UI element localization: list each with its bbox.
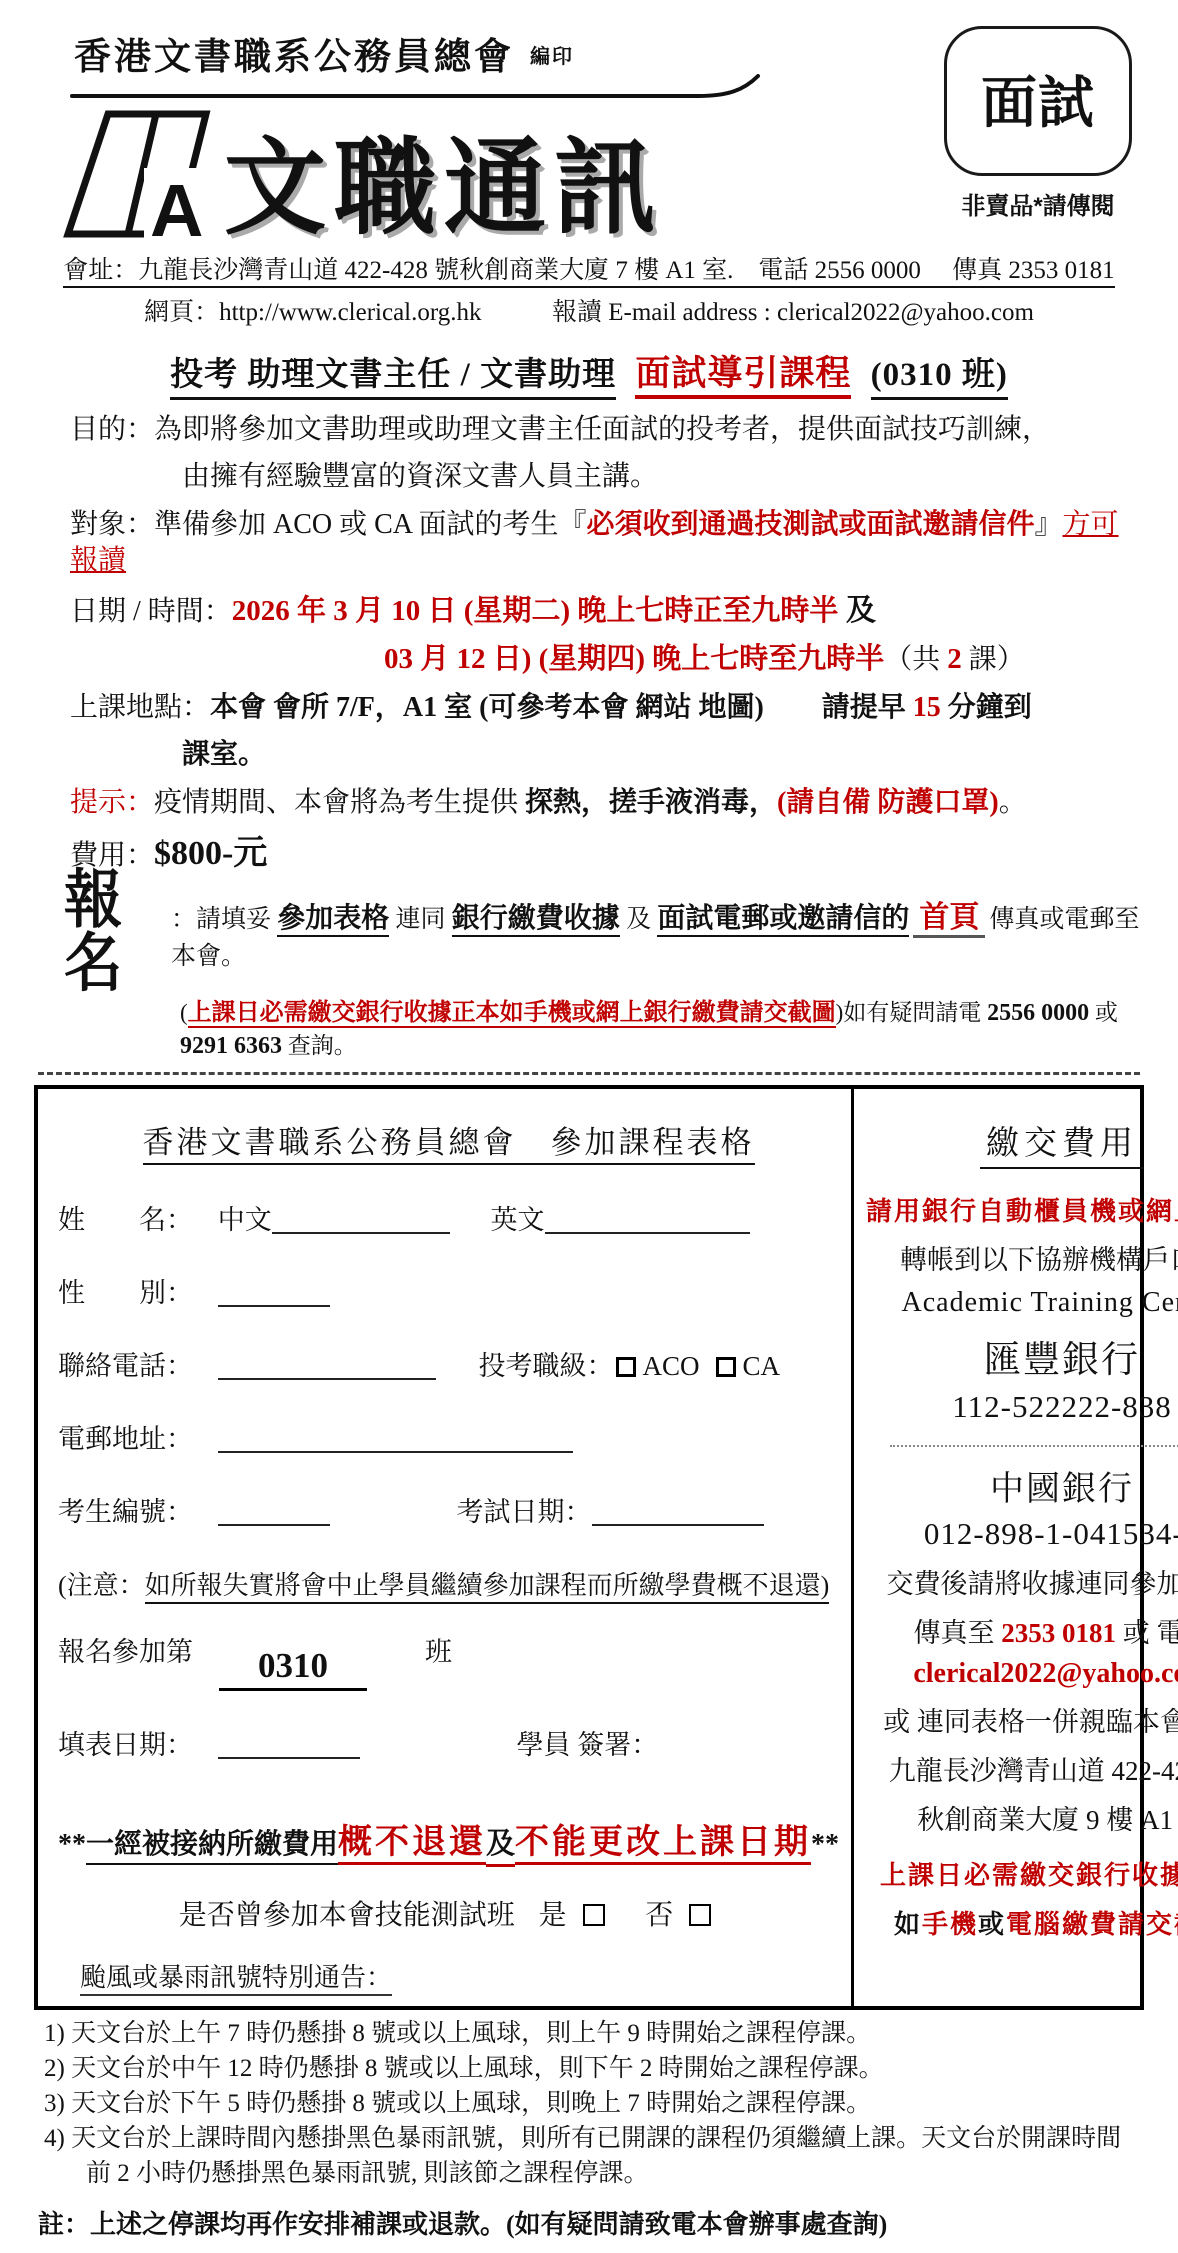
course-title-black: 投考 助理文書主任 / 文書助理 bbox=[170, 357, 616, 400]
bank-boc: 中國銀行 bbox=[866, 1461, 1178, 1510]
gender-field[interactable] bbox=[218, 1281, 330, 1307]
yes-checkbox[interactable] bbox=[583, 1904, 605, 1926]
org-name: 香港文書職系公務員總會 bbox=[74, 36, 514, 77]
gender-label: 性 別： bbox=[58, 1278, 193, 1308]
ca-checkbox[interactable] bbox=[716, 1357, 736, 1377]
notice-row: (注意：如所報失實將會中止學員繼續參加課程而所繳學費概不退還) bbox=[58, 1565, 839, 1602]
exam-date-label: 考試日期： bbox=[457, 1497, 592, 1527]
notice-open: (注意： bbox=[58, 1571, 145, 1600]
refund-red-1: 概不退還 bbox=[338, 1824, 486, 1865]
exam-date-field[interactable] bbox=[592, 1500, 764, 1526]
venue-label: 上課地點： bbox=[70, 692, 210, 723]
tip-mask-note: (請自備 防護口罩) bbox=[777, 787, 999, 818]
office-address-2: 秋創商業大廈 9 樓 A1 室 bbox=[866, 1798, 1178, 1837]
newsletter-masthead: 文職通訊 bbox=[224, 133, 664, 243]
note-tail: 查詢。 bbox=[282, 1033, 357, 1058]
email-field[interactable] bbox=[218, 1427, 573, 1453]
lesson-count-post: 課） bbox=[962, 644, 1025, 675]
weather-note-1: 1) 天文台於上午 7 時仍懸掛 8 號或以上風球，則上午 9 時開始之課程停課… bbox=[34, 2018, 1144, 2050]
form-left-column: 香港文書職系公務員總會 參加課程表格 姓 名： 中文 英文 性 別： 聯絡電話：… bbox=[38, 1089, 851, 2006]
tip-label: 提示： bbox=[70, 787, 154, 818]
mix-black-2: 或 bbox=[978, 1910, 1006, 1939]
typhoon-title-row: 颱風或暴雨訊號特別通告： bbox=[58, 1957, 839, 1994]
weather-notes: 1) 天文台於上午 7 時仍懸掛 8 號或以上風球，則上午 9 時開始之課程停課… bbox=[34, 2018, 1144, 2241]
screenshot-note: 如手機或電腦繳費請交截圖 bbox=[866, 1904, 1178, 1941]
fax-line: 傳真至 2353 0181 或 電郵 bbox=[866, 1611, 1178, 1650]
address-line: 會址：九龍長沙灣青山道 422-428 號秋創商業大廈 7 樓 A1 室. 電話… bbox=[63, 257, 1114, 288]
enroll-form-ref: 參加表格 bbox=[277, 903, 389, 937]
venue-line-2: 課室。 bbox=[182, 739, 266, 770]
english-name-field[interactable] bbox=[545, 1208, 750, 1234]
svg-text:A: A bbox=[150, 169, 203, 242]
enrollment-form-box: 香港文書職系公務員總會 參加課程表格 姓 名： 中文 英文 性 別： 聯絡電話：… bbox=[34, 1085, 1144, 2010]
tip-text: 疫情期間、本會將為考生提供 bbox=[154, 787, 525, 818]
tip-end: 。 bbox=[999, 787, 1027, 818]
target-label: 對象： bbox=[70, 509, 154, 540]
date-2: 03 月 12 日) (星期四) 晚上七時至九時半 bbox=[384, 643, 884, 675]
hsbc-account-number: 112-522222-838 bbox=[866, 1389, 1178, 1425]
weather-note-2: 2) 天文台於中午 12 時仍懸掛 8 號或以上風球，則下午 2 時開始之課程停… bbox=[34, 2053, 1144, 2085]
enroll-receipt-ref: 銀行繳費收據 bbox=[452, 903, 620, 937]
date-1: 2026 年 3 月 10 日 (星期二) 晚上七時正至九時半 bbox=[232, 595, 839, 627]
aco-label: ACO bbox=[643, 1351, 700, 1381]
address-block: 會址：九龍長沙灣青山道 422-428 號秋創商業大廈 7 樓 A1 室. 電話… bbox=[34, 250, 1144, 328]
fill-date-label: 填表日期： bbox=[58, 1730, 193, 1760]
early-note-post: 分鐘到 bbox=[941, 692, 1032, 723]
stars-right: ** bbox=[811, 1829, 839, 1860]
enroll-first-page: 首頁 bbox=[913, 901, 985, 938]
receipt-original-note: 上課日必需繳交銀行收據正本 bbox=[866, 1855, 1178, 1892]
weather-note-4-cont: 前 2 小時仍懸掛黑色暴雨訊號, 則該節之課程停課。 bbox=[34, 2158, 1144, 2190]
candidate-no-field[interactable] bbox=[218, 1500, 330, 1526]
weather-note-3: 3) 天文台於下午 5 時仍懸掛 8 號或以上風球，則晚上 7 時開始之課程停課… bbox=[34, 2088, 1144, 2120]
payment-column: 繳交費用 請用銀行自動櫃員機或網上銀行 轉帳到以下協辦機構戶口： Academi… bbox=[851, 1089, 1178, 2006]
divider bbox=[890, 1445, 1178, 1447]
email-address-line: 報讀 E-mail address : clerical2022@yahoo.c… bbox=[552, 299, 1034, 326]
website-url: 網頁：http://www.clerical.org.hk bbox=[144, 299, 481, 326]
badge-note: 非賣品*請傳閱 bbox=[944, 186, 1132, 221]
final-note-label: 註： bbox=[38, 2210, 90, 2239]
edit-label: 編印 bbox=[530, 46, 574, 68]
candidate-row: 考生編號： 考試日期： bbox=[58, 1490, 839, 1529]
phone-2: 9291 6363 bbox=[180, 1033, 282, 1059]
form-title: 香港文書職系公務員總會 參加課程表格 bbox=[58, 1117, 839, 1162]
office-address-1: 九龍長沙灣青山道 422-428 號 bbox=[866, 1749, 1178, 1788]
payment-email: clerical2022@yahoo.com bbox=[866, 1658, 1178, 1690]
enroll-note: (上課日必需繳交銀行收據正本如手機或網上銀行繳費請交截圖)如有疑問請電 2556… bbox=[34, 992, 1144, 1060]
grade-label: 投考職級： bbox=[479, 1351, 614, 1381]
enroll-text-1: 請填妥 bbox=[196, 906, 277, 933]
class-post-label: 班 bbox=[425, 1637, 452, 1667]
fax-number: 2353 0181 bbox=[1001, 1618, 1116, 1648]
enroll-text-2: 連同 bbox=[389, 906, 452, 933]
course-title: 投考 助理文書主任 / 文書助理 面試導引課程 (0310 班) bbox=[34, 346, 1144, 396]
transfer-note: 轉帳到以下協辦機構戶口： bbox=[866, 1238, 1178, 1277]
no-checkbox[interactable] bbox=[689, 1904, 711, 1926]
final-note: 註：上述之停課均再作安排補課或退款。(如有疑問請致電本會辦事處查詢) bbox=[34, 2204, 1144, 2241]
email-row: 電郵地址： bbox=[58, 1417, 839, 1456]
purpose-text-2: 由擁有經驗豐富的資深文書人員主講。 bbox=[182, 461, 658, 492]
payment-method-note: 請用銀行自動櫃員機或網上銀行 bbox=[866, 1191, 1178, 1228]
class-number-field[interactable]: 0310 bbox=[219, 1646, 367, 1691]
early-note-pre: 請提早 bbox=[822, 692, 913, 723]
purpose-text-1: 為即將參加文書助理或助理文書主任面試的投考者，提供面試技巧訓練， bbox=[154, 414, 1050, 445]
note-open: ( bbox=[180, 1000, 188, 1025]
enroll-text-3: 及 bbox=[620, 906, 658, 933]
ca-label: CA bbox=[743, 1351, 781, 1381]
english-name-label: 英文 bbox=[491, 1205, 545, 1235]
fax-post: 或 電郵 bbox=[1116, 1618, 1178, 1648]
tip-measures: 探熱，搓手液消毒， bbox=[525, 787, 777, 818]
mix-black-1: 如 bbox=[894, 1910, 922, 1939]
badge-area: 面試 非賣品*請傳閱 bbox=[944, 26, 1132, 221]
yes-label: 是 bbox=[539, 1899, 567, 1930]
visit-note: 或 連同表格一併親臨本會繳交 bbox=[866, 1700, 1178, 1739]
enroll-invite-ref: 面試電郵或邀請信的 bbox=[657, 903, 909, 937]
aco-checkbox[interactable] bbox=[616, 1357, 636, 1377]
refund-red-2: 不能更改上課日期 bbox=[515, 1824, 811, 1865]
mix-red-2: 電腦繳費請交截圖 bbox=[1006, 1910, 1178, 1939]
intro-section: 目的：為即將參加文書助理或助理文書主任面試的投考者，提供面試技巧訓練， 由擁有經… bbox=[34, 412, 1144, 1060]
fee-value: $800-元 bbox=[154, 835, 267, 872]
enroll-colon: ： bbox=[171, 906, 196, 933]
email-label: 電郵地址： bbox=[58, 1424, 193, 1454]
date-and: 及 bbox=[838, 594, 876, 627]
lesson-count-pre: （共 bbox=[884, 644, 947, 675]
skill-test-row: 是否曾參加本會技能測試班 是 否 bbox=[58, 1893, 839, 1933]
note-or: 或 bbox=[1089, 1000, 1118, 1025]
payee-name: Academic Training Center bbox=[866, 1287, 1178, 1319]
flyer-page: 香港文書職系公務員總會編印 面試 非賣品*請傳閱 A 文職通訊 會址：九龍長沙灣… bbox=[0, 0, 1178, 2253]
refund-warning-row: **一經被接納所繳費用概不退還及不能更改上課日期** bbox=[58, 1814, 839, 1863]
fill-date-field[interactable] bbox=[218, 1733, 360, 1759]
refund-black-text: 一經被接納所繳費用 bbox=[86, 1829, 338, 1865]
final-note-text: 上述之停課均再作安排補課或退款。(如有疑問請致電本會辦事處查詢) bbox=[90, 2210, 887, 2239]
course-title-red: 面試導引課程 bbox=[635, 354, 851, 399]
no-label: 否 bbox=[645, 1899, 673, 1930]
enroll-label: 報名 bbox=[64, 869, 169, 996]
note-text: 如有疑問請電 bbox=[843, 1000, 987, 1025]
purpose-label: 目的： bbox=[70, 414, 154, 445]
phone-row: 聯絡電話： 投考職級：ACOCA bbox=[58, 1344, 839, 1383]
course-title-class: (0310 班) bbox=[871, 357, 1008, 400]
signature-label: 學員 簽署： bbox=[517, 1730, 659, 1760]
phone-1: 2556 0000 bbox=[987, 1000, 1089, 1026]
notice-text: 如所報失實將會中止學員繼續參加課程而所繳學費概不退還) bbox=[145, 1571, 830, 1604]
interview-badge: 面試 bbox=[944, 26, 1132, 176]
target-requirement: 必須收到通過技測試或面試邀請信件 bbox=[587, 509, 1035, 540]
early-minutes: 15 bbox=[913, 692, 941, 723]
class-pre-label: 報名參加第 bbox=[58, 1637, 193, 1667]
enroll-instructions: ：請填妥 參加表格 連同 銀行繳費收據 及 面試電郵或邀請信的首頁傳真或電郵至本… bbox=[171, 892, 1144, 972]
after-pay-note: 交費後請將收據連同參加表格 bbox=[866, 1562, 1178, 1601]
receipt-warning: 上課日必需繳交銀行收據正本如手機或網上銀行繳費請交截圖 bbox=[188, 1000, 836, 1028]
refund-and: 及 bbox=[486, 1828, 515, 1867]
filldate-row: 填表日期： 學員 簽署： bbox=[58, 1723, 839, 1762]
candidate-no-label: 考生編號： bbox=[58, 1497, 193, 1527]
boc-account-number: 012-898-1-041534-3 bbox=[866, 1516, 1178, 1552]
name-row: 姓 名： 中文 英文 bbox=[58, 1198, 839, 1237]
underline-swoosh-icon bbox=[68, 74, 768, 108]
contact-phone-field[interactable] bbox=[218, 1354, 436, 1380]
payment-title: 繳交費用 bbox=[980, 1117, 1144, 1169]
gender-row: 性 別： bbox=[58, 1271, 839, 1310]
contact-phone-label: 聯絡電話： bbox=[58, 1351, 193, 1381]
class-row: 報名參加第0310班 bbox=[58, 1630, 839, 1675]
venue-text: 本會 會所 7/F，A1 室 (可參考本會 網站 地圖) bbox=[210, 692, 764, 723]
enroll-row: 報名 ：請填妥 參加表格 連同 銀行繳費收據 及 面試電郵或邀請信的首頁傳真或電… bbox=[34, 878, 1144, 986]
weather-note-4: 4) 天文台於上課時間內懸掛黑色暴雨訊號，則所有已開課的課程仍須繼續上課。天文台… bbox=[34, 2123, 1144, 2155]
skill-question: 是否曾參加本會技能測試班 bbox=[179, 1899, 515, 1930]
cut-line bbox=[38, 1072, 1140, 1075]
datetime-label: 日期 / 時間： bbox=[70, 596, 232, 627]
stars-left: ** bbox=[58, 1829, 86, 1860]
target-text: 準備參加 ACO 或 CA 面試的考生『 bbox=[154, 509, 586, 540]
mix-red-1: 手機 bbox=[922, 1910, 978, 1939]
name-label: 姓 名： bbox=[58, 1205, 193, 1235]
fax-pre: 傳真至 bbox=[914, 1618, 1002, 1648]
bank-hsbc: 匯豐銀行 bbox=[866, 1329, 1178, 1383]
lesson-count: 2 bbox=[947, 643, 962, 675]
target-close: 』 bbox=[1035, 509, 1063, 540]
chinese-name-field[interactable] bbox=[272, 1208, 450, 1234]
union-logo-icon: A bbox=[56, 106, 214, 242]
chinese-name-label: 中文 bbox=[218, 1205, 272, 1235]
